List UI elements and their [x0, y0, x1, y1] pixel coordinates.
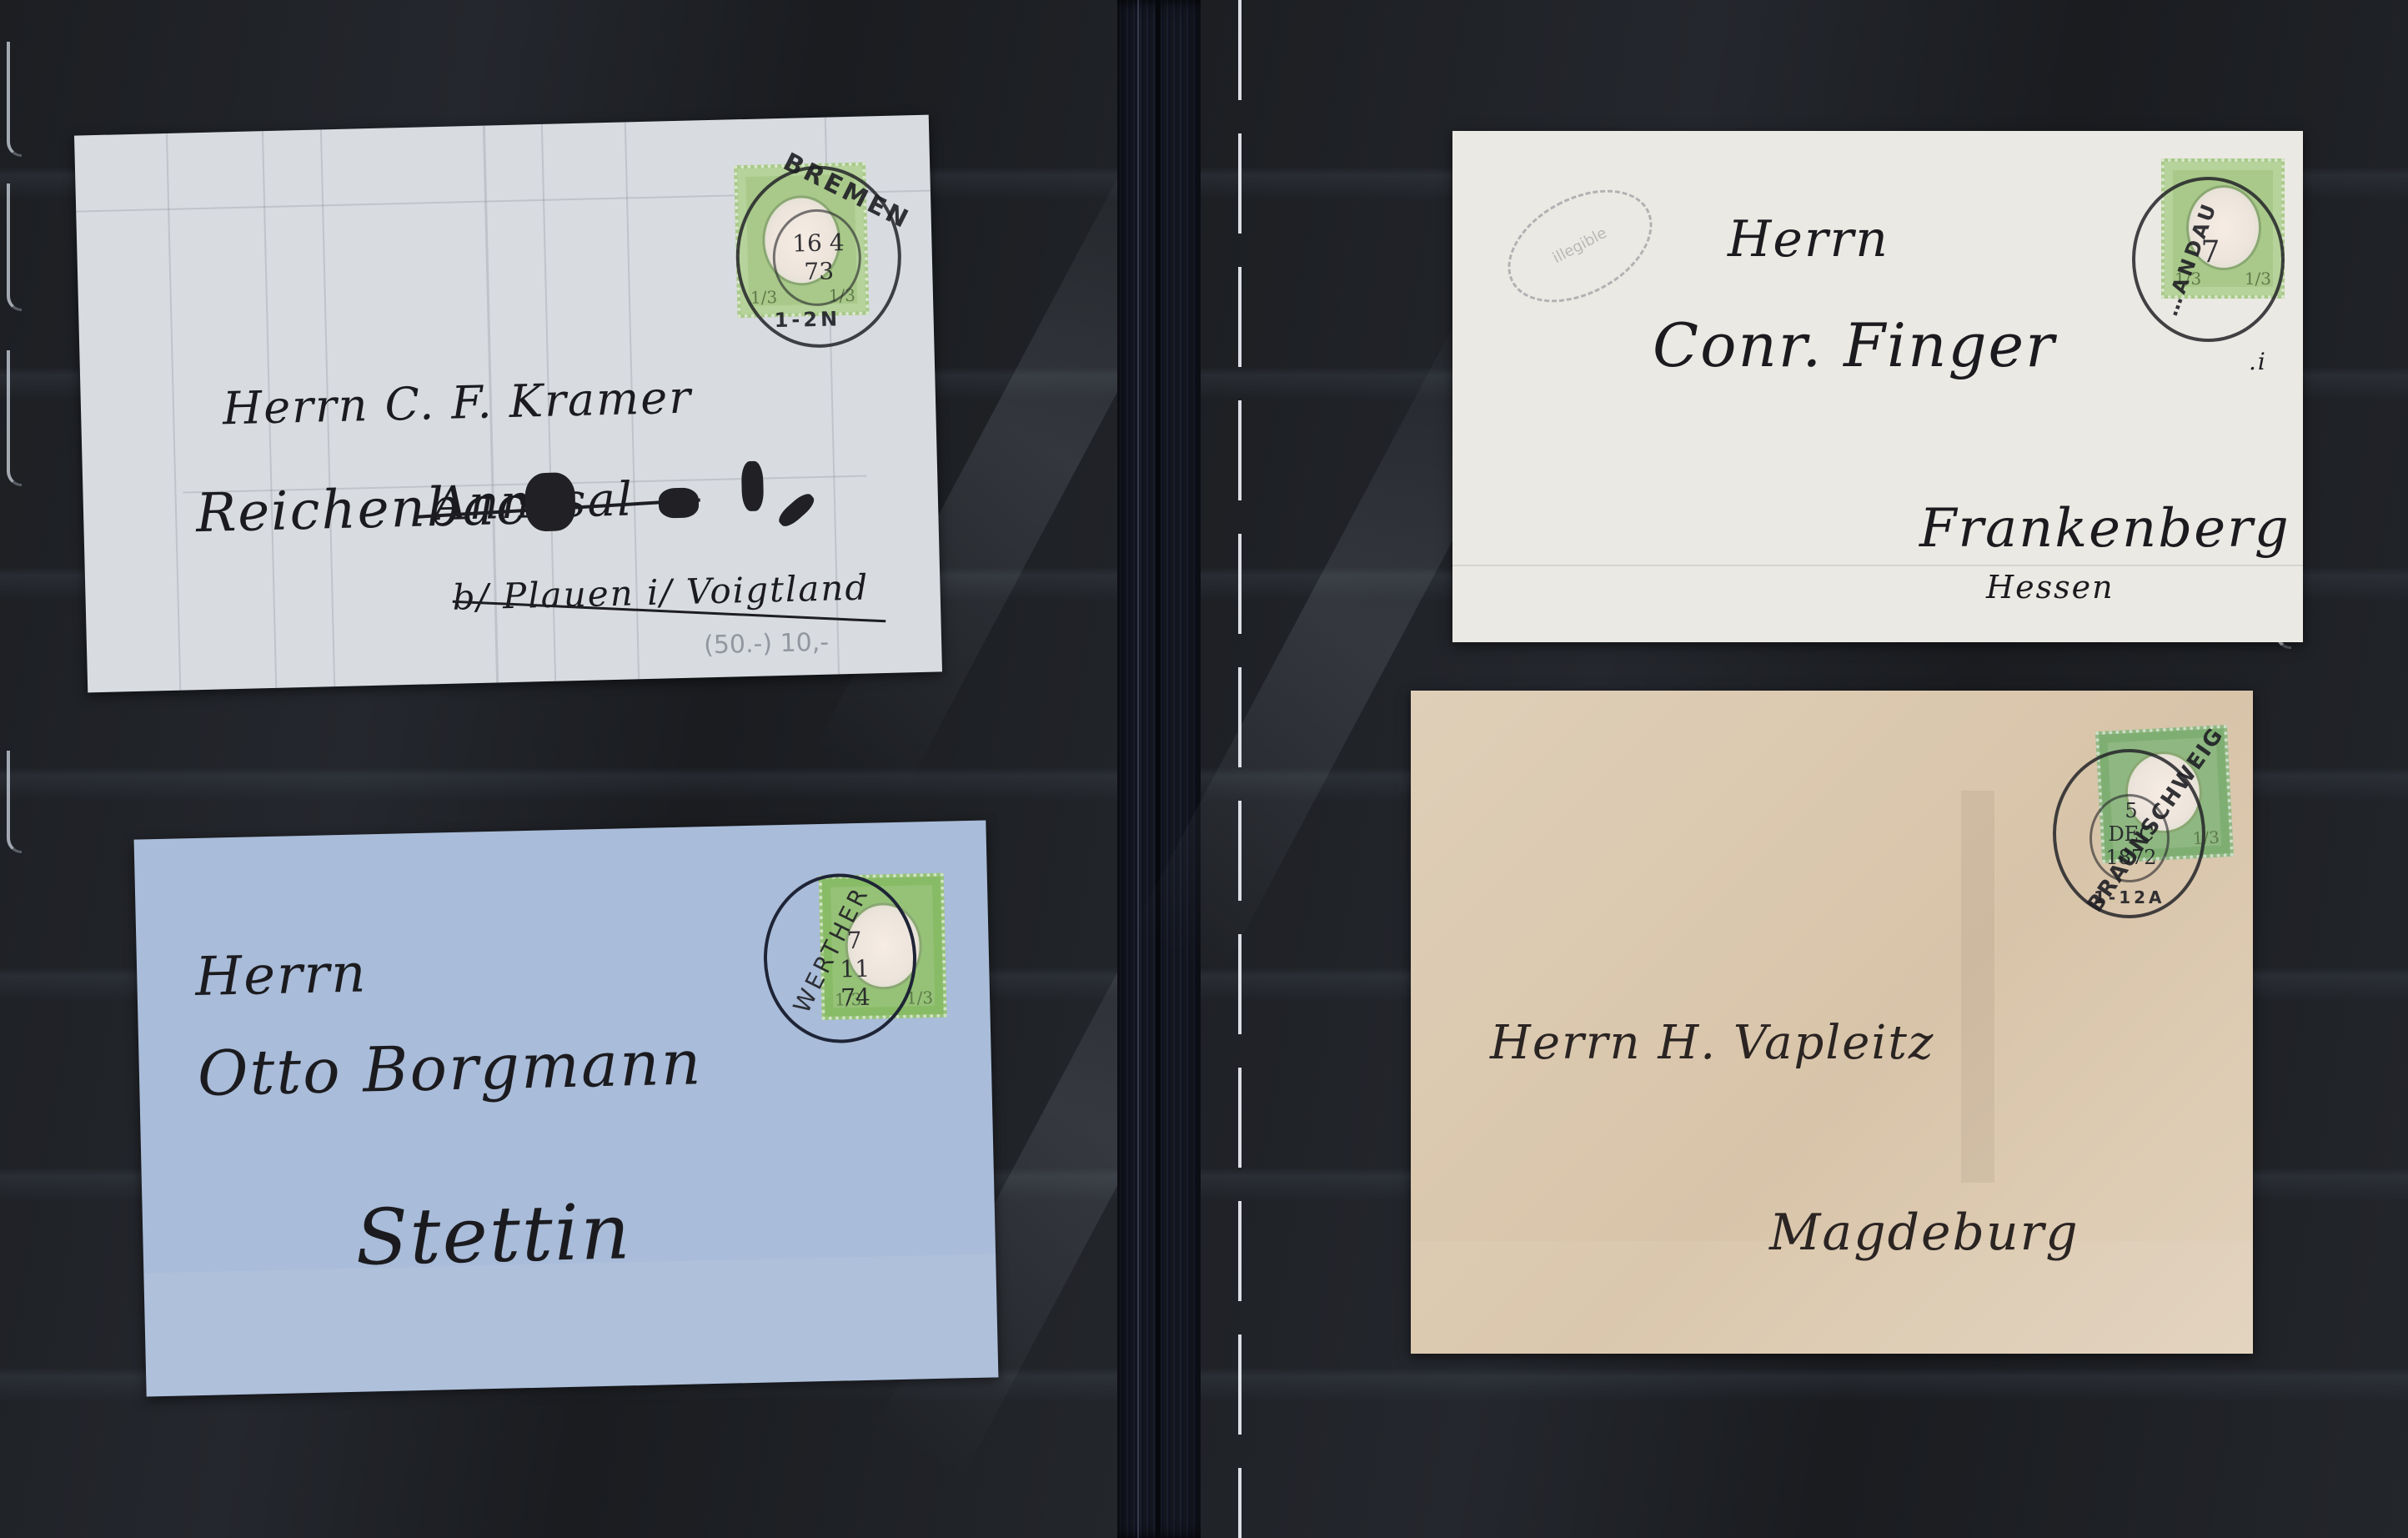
address-line-3: Frankenberg: [1919, 498, 2290, 560]
oval-sender-handstamp: illegible: [1489, 167, 1672, 325]
sleeve-pocket-edge: [7, 751, 22, 853]
fold-edge: [1452, 565, 2303, 566]
address-line-1: Herrn: [1728, 210, 1889, 269]
pencil-price-note: (50.-) 10,-: [704, 628, 830, 661]
ink-blot: [659, 487, 700, 518]
spine-highlight: [1137, 0, 1139, 1538]
postmark-time: 1-2N: [774, 307, 840, 332]
address-line-2: Magdeburg: [1769, 1204, 2079, 1262]
address-line-1: Herrn: [194, 942, 368, 1008]
sleeve-pocket-edge: [7, 350, 22, 486]
cover-frankenberg[interactable]: illegible 1/3 1/3 …ANDAU 7 Herrn Conr. F…: [1452, 131, 2303, 642]
address-line-1: Herrn C. F. Kramer: [222, 371, 692, 435]
postmark-date: 7 1174: [829, 926, 880, 1012]
address-line-1: Herrn H. Vapleitz: [1490, 1016, 1934, 1070]
cover-magdeburg[interactable]: 1/3 BRAUNSCHWEIG 5DEC1872 1-12A Herrn H.…: [1411, 691, 2253, 1354]
address-line-2: Otto Borgmann: [197, 1027, 703, 1110]
sleeve-pocket-edge: [7, 183, 22, 311]
sleeve-pocket-edge: [7, 42, 22, 157]
cover-bremen[interactable]: 1/3 1/3 BREMEN 16 473 1-2N Herrn C. F. K…: [74, 115, 942, 693]
album-spine: [1117, 0, 1201, 1538]
postmark-date: 7: [2194, 239, 2227, 267]
ink-blot: [524, 472, 576, 531]
postmark-bremen: BREMEN 16 473 1-2N: [734, 163, 903, 349]
address-line-3: Stettin: [354, 1187, 632, 1282]
postmark-braunschweig: BRAUNSCHWEIG 5DEC1872 1-12A: [2053, 749, 2205, 918]
postmark-time: 1-12A: [2094, 887, 2165, 907]
printed-show-through: [1961, 791, 1994, 1183]
postmark-partial: …ANDAU 7: [2132, 177, 2285, 342]
ink-mark: .i: [2249, 348, 2267, 375]
cover-stettin[interactable]: 1/3 1/3 WERTHER 7 1174 Herrn Otto Borgma…: [134, 820, 999, 1396]
ledger-rule: [166, 133, 181, 691]
address-line-4: Hessen: [1986, 569, 2115, 606]
sleeve-reflection-line: [1238, 0, 1242, 1538]
address-line-2: Conr. Finger: [1653, 310, 2056, 380]
postmark-date: 16 473: [789, 229, 849, 287]
ink-blot: [741, 461, 764, 512]
postmark-date: 5DEC1872: [2102, 799, 2160, 869]
spine-groove: [1156, 0, 1161, 1538]
ink-blot: [775, 490, 818, 530]
